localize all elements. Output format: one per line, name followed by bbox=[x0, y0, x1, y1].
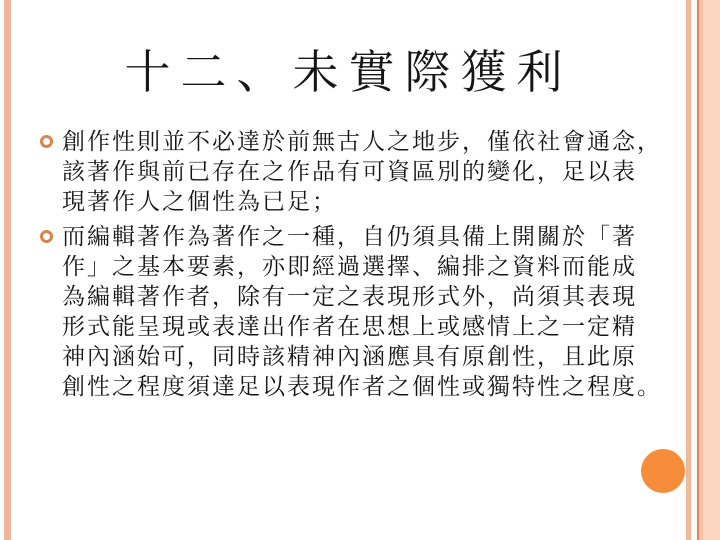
bullet-text-line: 為編輯著作者，除有一定之表現形式外，尚須其表現 bbox=[62, 282, 662, 312]
ring-bullet-icon bbox=[40, 230, 53, 243]
bullet-text-1: 創作性則並不必達於前無古人之地步，僅依社會通念， 該著作與前已存在之作品有可資區… bbox=[62, 127, 662, 217]
slide: 十二、未實際獲利 創作性則並不必達於前無古人之地步，僅依社會通念， 該著作與前已… bbox=[0, 0, 720, 540]
bullet-text-line: 而編輯著作為著作之一種，自仍須具備上開關於「著 bbox=[62, 222, 662, 252]
bullet-text-line: 現著作人之個性為已足； bbox=[62, 187, 662, 217]
accent-circle bbox=[641, 449, 685, 493]
bullet-text-line: 神內涵始可，同時該精神內涵應具有原創性，且此原 bbox=[62, 342, 662, 372]
bullet-text-line: 創性之程度須達足以表現作者之個性或獨特性之程度。 bbox=[62, 372, 662, 402]
slide-title: 十二、未實際獲利 bbox=[11, 42, 686, 104]
left-border-stripe bbox=[4, 0, 11, 540]
right-border-stripe-thin bbox=[686, 0, 691, 540]
bullet-text-2: 而編輯著作為著作之一種，自仍須具備上開關於「著 作」之基本要素，亦即經過選擇、編… bbox=[62, 222, 662, 402]
bullet-text-line: 創作性則並不必達於前無古人之地步，僅依社會通念， bbox=[62, 127, 662, 157]
bullet-text-line: 作」之基本要素，亦即經過選擇、編排之資料而能成 bbox=[62, 252, 662, 282]
bullet-text-line: 形式能呈現或表達出作者在思想上或感情上之一定精 bbox=[62, 312, 662, 342]
bullet-item-1: 創作性則並不必達於前無古人之地步，僅依社會通念， 該著作與前已存在之作品有可資區… bbox=[40, 127, 680, 217]
bullet-item-2: 而編輯著作為著作之一種，自仍須具備上開關於「著 作」之基本要素，亦即經過選擇、編… bbox=[40, 222, 680, 402]
bullet-list: 創作性則並不必達於前無古人之地步，僅依社會通念， 該著作與前已存在之作品有可資區… bbox=[40, 127, 680, 402]
bullet-text-line: 該著作與前已存在之作品有可資區別的變化，足以表 bbox=[62, 157, 662, 187]
right-border-stripe-pale bbox=[703, 0, 720, 540]
ring-bullet-icon bbox=[40, 135, 53, 148]
